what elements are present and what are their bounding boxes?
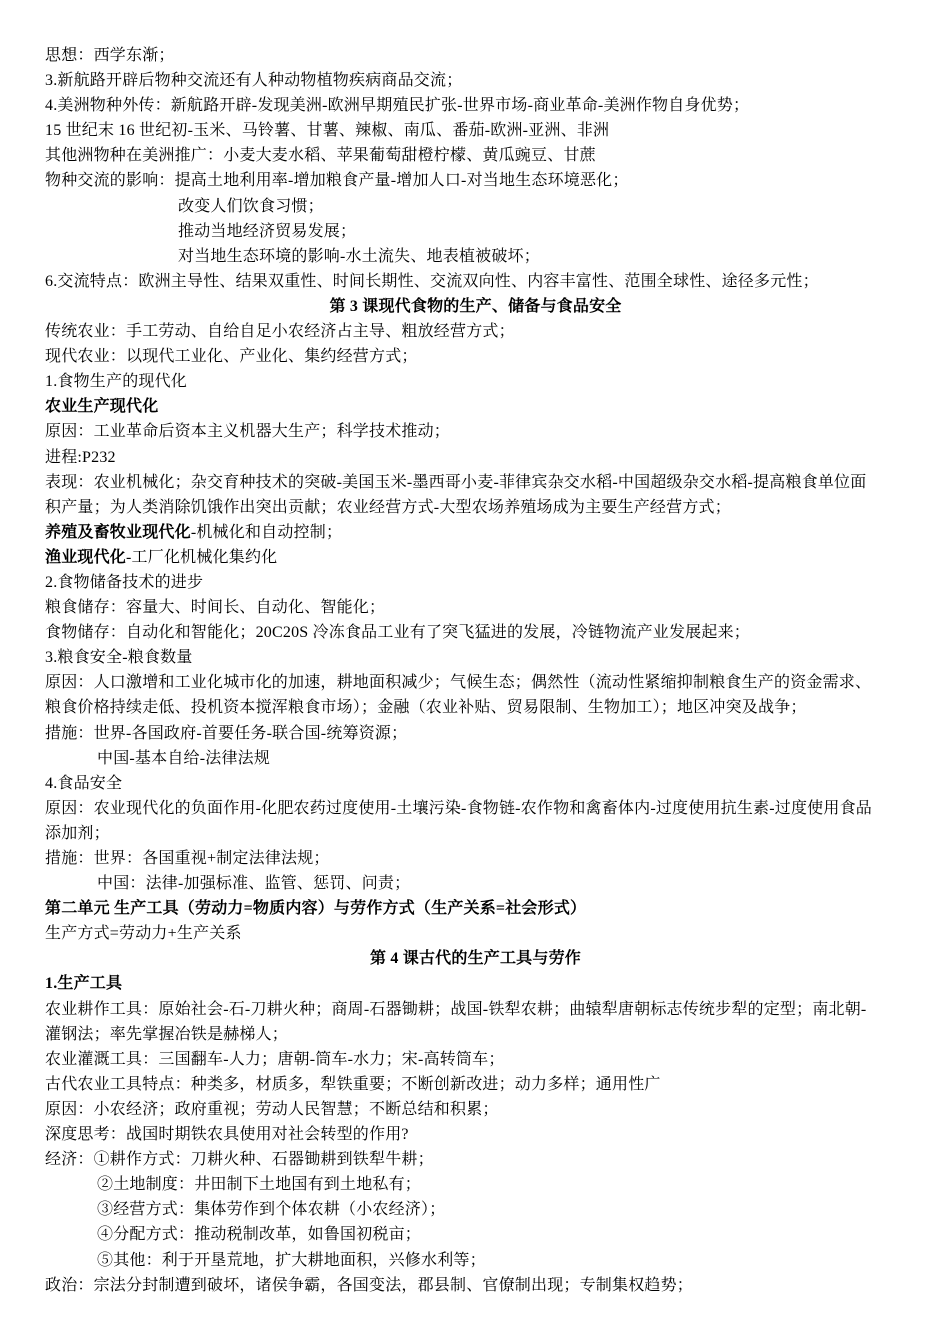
text-line: 农业耕作工具：原始社会-石-刀耕火种；商周-石器锄耕；战国-铁犁农耕；曲辕犁唐朝… [45, 997, 906, 1022]
text-line: 古代农业工具特点：种类多，材质多，犁铁重要；不断创新改进；动力多样；通用性广 [45, 1072, 906, 1097]
text-line: 第二单元 生产工具（劳动力=物质内容）与劳作方式（生产关系=社会形式） [45, 896, 906, 921]
text-line: 政治：宗法分封制遭到破坏，诸侯争霸，各国变法，郡县制、官僚制出现；专制集权趋势； [45, 1273, 906, 1298]
text-line: 6.交流特点：欧洲主导性、结果双重性、时间长期性、交流双向性、内容丰富性、范围全… [45, 269, 906, 294]
text-line: ④分配方式：推动税制改革，如鲁国初税亩； [45, 1222, 906, 1247]
text-line: 现代农业：以现代工业化、产业化、集约经营方式； [45, 344, 906, 369]
text-line: 粮食价格持续走低、投机资本搅浑粮食市场）；金融（农业补贴、贸易限制、生物加工）；… [45, 695, 906, 720]
text-line: 其他洲物种在美洲推广：小麦大麦水稻、苹果葡萄甜橙柠檬、黄瓜豌豆、甘蔗 [45, 143, 906, 168]
section-heading: 第 4 课古代的生产工具与劳作 [45, 946, 906, 971]
text-line: 4.美洲物种外传：新航路开辟-发现美洲-欧洲早期殖民扩张-世界市场-商业革命-美… [45, 93, 906, 118]
text-line: 措施：世界-各国政府-首要任务-联合国-统筹资源； [45, 721, 906, 746]
text-line: 中国：法律-加强标准、监管、惩罚、问责； [45, 871, 906, 896]
text-line: ③经营方式：集体劳作到个体农耕（小农经济）； [45, 1197, 906, 1222]
text-line: 对当地生态环境的影响-水土流失、地表植被破坏； [45, 244, 906, 269]
text-line: 思想：西学东渐； [45, 43, 906, 68]
text-line: 原因：工业革命后资本主义机器大生产；科学技术推动； [45, 419, 906, 444]
text-line: 原因：农业现代化的负面作用-化肥农药过度使用-土壤污染-食物链-农作物和禽畜体内… [45, 796, 906, 821]
text-line: 粮食储存：容量大、时间长、自动化、智能化； [45, 595, 906, 620]
text-line: 中国-基本自给-法律法规 [45, 746, 906, 771]
text-line: 进程:P232 [45, 445, 906, 470]
text-line: ⑤其他：利于开垦荒地，扩大耕地面积，兴修水利等； [45, 1248, 906, 1273]
text-line: ②土地制度：井田制下土地国有到土地私有； [45, 1172, 906, 1197]
text-line: 食物储存：自动化和智能化；20C20S 冷冻食品工业有了突飞猛进的发展，冷链物流… [45, 620, 906, 645]
text-line: 农业灌溉工具：三国翻车-人力；唐朝-筒车-水力；宋-高转筒车； [45, 1047, 906, 1072]
text-line: 原因：人口激增和工业化城市化的加速，耕地面积减少；气候生态；偶然性（流动性紧缩抑… [45, 670, 906, 695]
text-line: 添加剂； [45, 821, 906, 846]
text-line: 推动当地经济贸易发展； [45, 219, 906, 244]
text-line: 物种交流的影响：提高土地利用率-增加粮食产量-增加人口-对当地生态环境恶化； [45, 168, 906, 193]
text-line: 1.生产工具 [45, 971, 906, 996]
text-line: 农业生产现代化 [45, 394, 906, 419]
text-line: 传统农业：手工劳动、自给自足小农经济占主导、粗放经营方式； [45, 319, 906, 344]
text-line: 15 世纪末 16 世纪初-玉米、马铃薯、甘薯、辣椒、南瓜、番茄-欧洲-亚洲、非… [45, 118, 906, 143]
text-line: 4.食品安全 [45, 771, 906, 796]
text-line: 改变人们饮食习惯； [45, 194, 906, 219]
bold-term: 养殖及畜牧业现代化 [45, 524, 191, 541]
text-line: 2.食物储备技术的进步 [45, 570, 906, 595]
text-line: 渔业现代化-工厂化机械化集约化 [45, 545, 906, 570]
text-line: 积产量；为人类消除饥饿作出突出贡献；农业经营方式-大型农场养殖场成为主要生产经营… [45, 495, 906, 520]
text-line: 生产方式=劳动力+生产关系 [45, 921, 906, 946]
text-line: 原因：小农经济；政府重视；劳动人民智慧；不断总结和积累； [45, 1097, 906, 1122]
document-body: 思想：西学东渐；3.新航路开辟后物种交流还有人种动物植物疾病商品交流；4.美洲物… [45, 43, 906, 1298]
text-line: 经济：①耕作方式：刀耕火种、石器锄耕到铁犁牛耕； [45, 1147, 906, 1172]
bold-term: 渔业现代化 [45, 549, 126, 566]
text-line: 表现：农业机械化；杂交育种技术的突破-美国玉米-墨西哥小麦-菲律宾杂交水稻-中国… [45, 470, 906, 495]
document-page: 思想：西学东渐；3.新航路开辟后物种交流还有人种动物植物疾病商品交流；4.美洲物… [0, 0, 950, 1344]
text-line: 3.新航路开辟后物种交流还有人种动物植物疾病商品交流； [45, 68, 906, 93]
text-line: 灌钢法；率先掌握冶铁是赫梯人； [45, 1022, 906, 1047]
text-line: 1.食物生产的现代化 [45, 369, 906, 394]
text-line: 3.粮食安全-粮食数量 [45, 645, 906, 670]
text-line: 深度思考：战国时期铁农具使用对社会转型的作用? [45, 1122, 906, 1147]
section-heading: 第 3 课现代食物的生产、储备与食品安全 [45, 294, 906, 319]
text-line: 措施：世界：各国重视+制定法律法规； [45, 846, 906, 871]
text-line: 养殖及畜牧业现代化-机械化和自动控制； [45, 520, 906, 545]
